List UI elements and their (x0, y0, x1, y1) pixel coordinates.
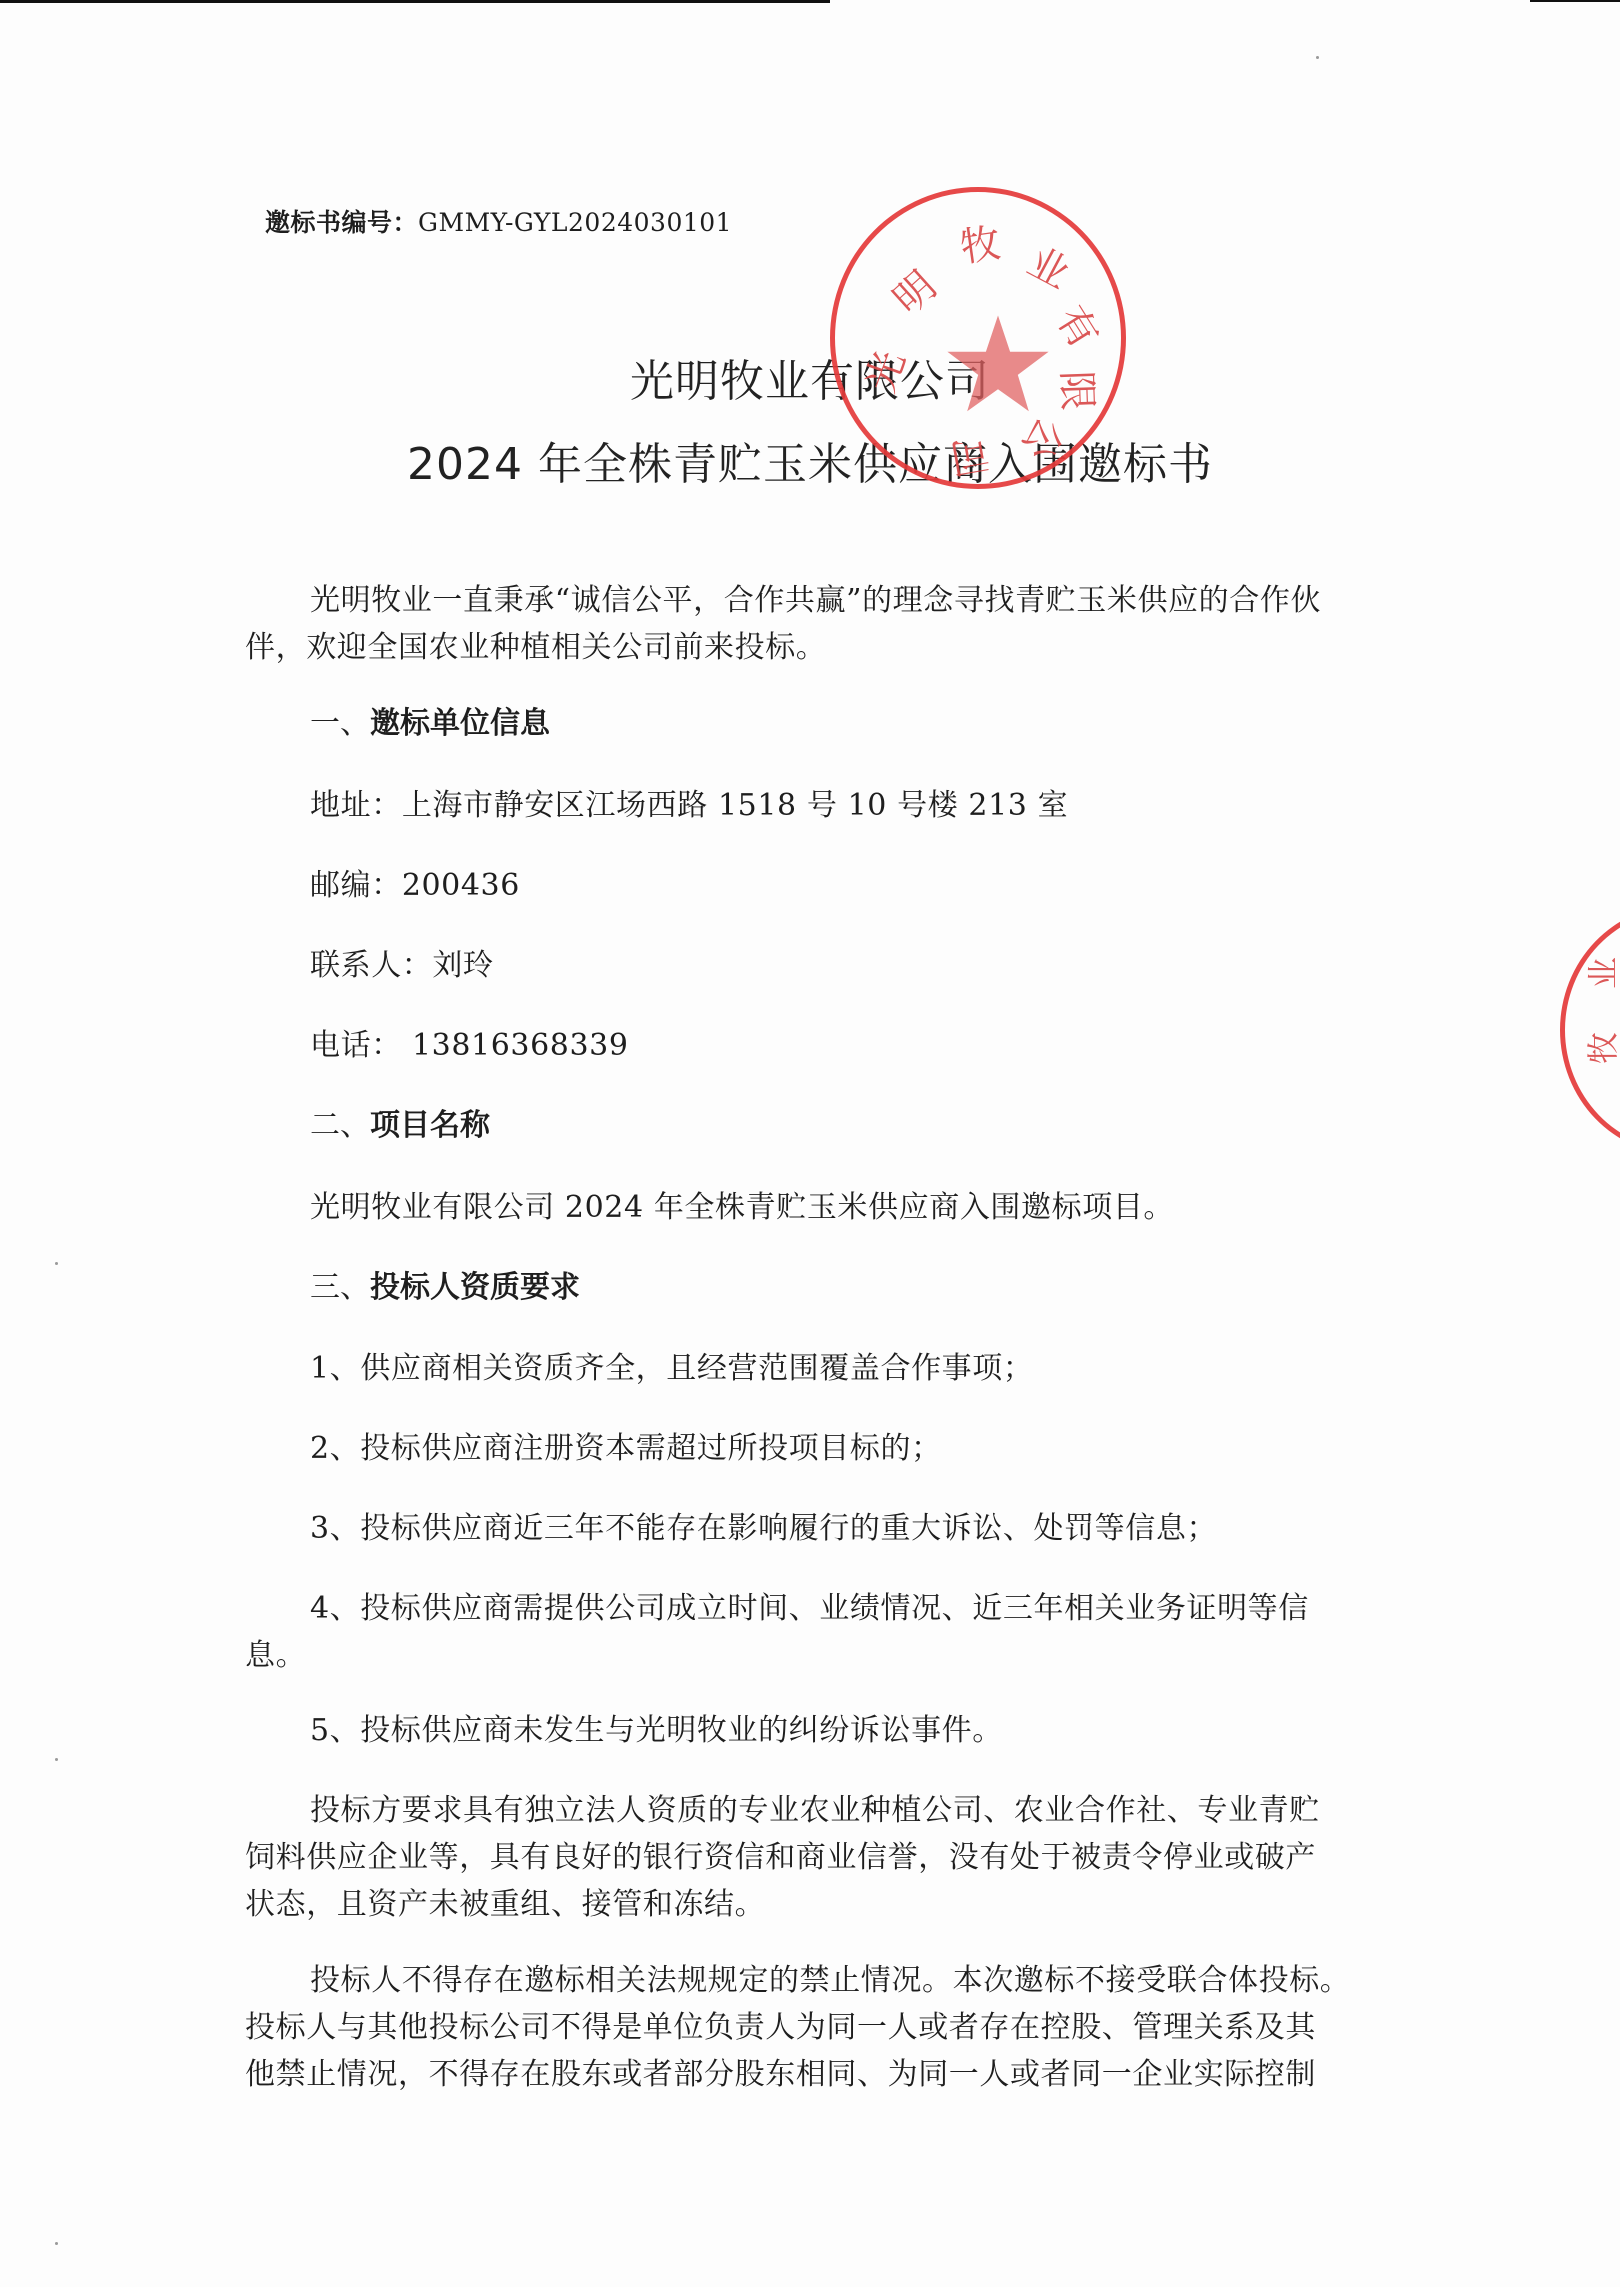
intro-line: 伴，欢迎全国农业种植相关公司前来投标。 (245, 622, 826, 666)
qualification-paragraph-line: 饲料供应企业等，具有良好的银行资信和商业信誉，没有处于被责令停业或破产 (245, 1832, 1316, 1876)
section-heading: 二、项目名称 (310, 1100, 490, 1144)
section-title: 投标人资质要求 (370, 1270, 580, 1305)
scan-speck (55, 2242, 58, 2245)
contact-field: 联系人：刘玲 (310, 940, 494, 984)
field-value: 200436 (402, 868, 520, 903)
bid-number: 邀标书编号：GMMY-GYL2024030101 (265, 203, 732, 239)
intro-line: 光明牧业一直秉承“诚信公平，合作共赢”的理念寻找青贮玉米供应的合作伙 (310, 575, 1321, 619)
prohibition-paragraph-line: 投标人不得存在邀标相关法规规定的禁止情况。本次邀标不接受联合体投标。 (310, 1955, 1350, 1999)
requirement-item-wrap: 息。 (245, 1630, 306, 1674)
section-heading: 三、投标人资质要求 (310, 1262, 580, 1306)
field-label: 邮编： (310, 868, 402, 903)
stamp-char: 牧 (1578, 1032, 1620, 1064)
section-number: 三、 (310, 1270, 370, 1305)
postcode-field: 邮编：200436 (310, 860, 520, 904)
stamp-char: 业 (1578, 957, 1620, 989)
document-title-company: 光明牧业有限公司 (0, 345, 1620, 409)
section-title: 邀标单位信息 (370, 706, 550, 741)
seam-seal-stamp: 业 牧 (1560, 905, 1620, 1155)
scan-speck (55, 1758, 58, 1761)
field-value: 13816368339 (402, 1028, 629, 1063)
section-number: 二、 (310, 1108, 370, 1143)
phone-field: 电话： 13816368339 (310, 1020, 629, 1064)
stamp-char: 明 (879, 256, 947, 325)
field-value: 刘玲 (432, 948, 493, 983)
field-label: 电话： (310, 1028, 402, 1063)
requirement-item: 2、投标供应商注册资本需超过所投项目标的； (310, 1423, 942, 1467)
section-heading: 一、邀标单位信息 (310, 698, 550, 742)
scan-edge-line (0, 0, 830, 3)
requirement-item: 5、投标供应商未发生与光明牧业的纠纷诉讼事件。 (310, 1705, 1003, 1749)
bid-number-value: GMMY-GYL2024030101 (418, 208, 732, 237)
scan-edge-line (1530, 0, 1620, 2)
prohibition-paragraph-line: 他禁止情况，不得存在股东或者部分股东相同、为同一人或者同一企业实际控制 (245, 2049, 1316, 2093)
section-number: 一、 (310, 706, 370, 741)
stamp-char: 牧 (956, 211, 1004, 273)
qualification-paragraph-line: 投标方要求具有独立法人资质的专业农业种植公司、农业合作社、专业青贮 (310, 1785, 1320, 1829)
scan-speck (55, 1262, 58, 1265)
document-title-subject: 2024 年全株青贮玉米供应商入围邀标书 (0, 428, 1620, 492)
address-field: 地址：上海市静安区江场西路 1518 号 10 号楼 213 室 (310, 780, 1068, 824)
project-name: 光明牧业有限公司 2024 年全株青贮玉米供应商入围邀标项目。 (310, 1182, 1174, 1226)
qualification-paragraph-line: 状态，且资产未被重组、接管和冻结。 (245, 1879, 765, 1923)
prohibition-paragraph-line: 投标人与其他投标公司不得是单位负责人为同一人或者存在控股、管理关系及其 (245, 2002, 1316, 2046)
requirement-item: 1、供应商相关资质齐全，且经营范围覆盖合作事项； (310, 1343, 1034, 1387)
stamp-char: 业 (1019, 231, 1081, 300)
requirement-item: 4、投标供应商需提供公司成立时间、业绩情况、近三年相关业务证明等信 (310, 1583, 1309, 1627)
section-title: 项目名称 (370, 1108, 490, 1143)
scan-speck (1316, 56, 1319, 59)
field-value: 上海市静安区江场西路 1518 号 10 号楼 213 室 (402, 788, 1068, 823)
requirement-item: 3、投标供应商近三年不能存在影响履行的重大诉讼、处罚等信息； (310, 1503, 1217, 1547)
field-label: 联系人： (310, 948, 432, 983)
bid-number-label: 邀标书编号： (265, 208, 418, 237)
field-label: 地址： (310, 788, 402, 823)
